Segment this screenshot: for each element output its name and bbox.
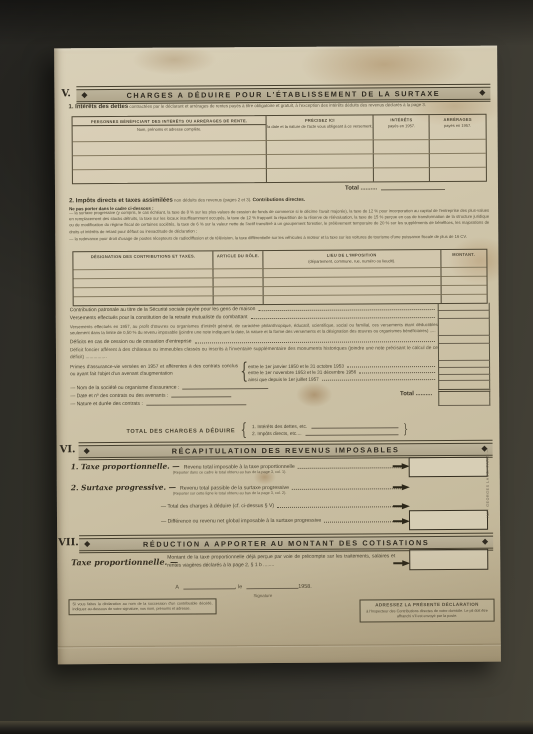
col-montant: MONTANT. — [441, 250, 487, 267]
interests-table: PERSONNES BÉNÉFICIANT DES INTÉRÊTS OU AR… — [72, 114, 487, 185]
amount-cell — [438, 303, 490, 312]
tax-form-page: V. ◆ CHARGES A DÉDUIRE POUR L'ÉTABLISSEM… — [54, 46, 501, 665]
date-write-line — [246, 588, 298, 589]
paper-crease — [58, 644, 501, 648]
col-lieu: LIEU DE L'IMPOSITION (département, commu… — [263, 250, 441, 268]
section-vii-numeral: VII. — [58, 537, 79, 548]
arrow-icon — [393, 463, 410, 469]
vi-row-3: — Total des charges à déduire (cf. ci-de… — [161, 502, 404, 509]
grand-total-label: TOTAL DES CHARGES A DÉDUIRE — [126, 428, 235, 435]
amount-cell — [438, 311, 490, 320]
section-vi-numeral: VI. — [60, 444, 76, 455]
diamond-icon: ◆ — [482, 538, 488, 546]
value-box-taxe-proportionnelle — [409, 457, 488, 477]
vii-row-label: Taxe proportionnelle. — — [71, 557, 178, 568]
col-beneficiaries-sub: Nom, prénoms et adresse complète. — [73, 124, 266, 133]
photo-background: V. ◆ CHARGES A DÉDUIRE POUR L'ÉTABLISSEM… — [0, 0, 533, 734]
dotted-leader — [277, 506, 401, 508]
taxes-text: non déduits des revenus (pages 2 et 3). — [174, 197, 251, 202]
brace-glyph: { — [240, 423, 247, 438]
diamond-icon: ◆ — [84, 447, 90, 455]
address-note-line1: à l'Inspecteur des Contributions directe… — [366, 608, 463, 613]
col-designation: DÉSIGNATION DES CONTRIBUTIONS ET TAXES. — [73, 251, 214, 269]
background-shadow — [0, 0, 533, 46]
diamond-icon: ◆ — [479, 89, 485, 97]
brace-glyph: { — [240, 363, 246, 383]
arrow-icon — [393, 503, 410, 509]
arrow-icon — [393, 484, 410, 490]
col-beneficiaries: PERSONNES BÉNÉFICIANT DES INTÉRÊTS OU AR… — [73, 116, 267, 141]
diamond-icon: ◆ — [81, 91, 87, 99]
interests-intro: 1. Intérêts des dettes contractées par l… — [68, 102, 488, 111]
arrow-icon — [393, 518, 410, 524]
amount-cell — [438, 381, 490, 390]
taxes-table: DÉSIGNATION DES CONTRIBUTIONS ET TAXES. … — [72, 249, 487, 307]
taxes-text2: Contributions directes. — [253, 198, 306, 203]
section-vii-title: RÉDUCTION A APPORTER AU MONTANT DES COTI… — [143, 538, 429, 549]
fine-print-2: — la redevance pour droit d'usage de pos… — [69, 234, 489, 243]
table-surface — [0, 721, 533, 734]
vi-row-2: 2. Surtaxe progressive. — Revenu total p… — [71, 481, 404, 496]
write-line — [311, 427, 398, 429]
vii-row-text: Montant de la taxe proportionnelle déjà … — [167, 553, 395, 569]
write-line — [146, 404, 246, 406]
dotted-leader — [324, 521, 401, 522]
list-total-label: Total .......... — [400, 391, 432, 397]
address-note-box: ADRESSEZ LA PRÉSENTE DÉCLARATION à l'Ins… — [359, 599, 494, 623]
brace-glyph: } — [403, 422, 408, 437]
section-v-title: CHARGES A DÉDUIRE POUR L'ÉTABLISSEMENT D… — [127, 89, 441, 100]
value-box-reduction — [409, 549, 488, 570]
fine-print: — la surtaxe progressive (y compris, le … — [69, 208, 489, 244]
interests-label: 1. Intérêts des dettes — [68, 104, 128, 110]
value-box-surtaxe — [409, 510, 488, 530]
grand-total-block: TOTAL DES CHARGES A DÉDUIRE { 1. Intérêt… — [126, 422, 409, 439]
write-line — [171, 396, 231, 397]
col-article: ARTICLE DU RÔLE. — [214, 251, 264, 268]
signature-label: Signature — [253, 593, 272, 598]
amount-cell — [438, 397, 490, 406]
col-precisez: PRÉCISEZ ICI la date et la nature de l'a… — [267, 115, 375, 140]
empty-cell — [73, 154, 267, 169]
taxes-label: 2. Impôts directs et taxes assimilées — [69, 198, 173, 205]
write-line — [306, 434, 399, 436]
arrow-icon — [393, 560, 410, 566]
total-write-line — [381, 189, 445, 190]
place-write-line — [183, 588, 235, 589]
diamond-icon: ◆ — [84, 540, 90, 548]
amount-cell — [438, 343, 490, 361]
succession-note-box: Si vous faites la déclaration au nom de … — [68, 598, 216, 615]
empty-cell — [73, 140, 267, 155]
section-vi-title: RÉCAPITULATION DES REVENUS IMPOSABLES — [172, 445, 400, 455]
col-interets: INTÉRÊTS payés en 1957. — [374, 115, 430, 139]
amount-total-cell — [438, 389, 490, 398]
amount-cell — [438, 335, 490, 344]
vi-row-1: 1. Taxe proportionnelle. — Revenu total … — [71, 460, 404, 475]
empty-cell — [73, 168, 267, 183]
amount-cell — [438, 319, 490, 336]
col-arrerages: ARRÉRAGES payés en 1957. — [430, 115, 486, 139]
list-item: — Nature et durée des contrats : — [70, 397, 490, 408]
vi-row-4: — Différence ou revenu net global imposa… — [161, 517, 404, 524]
fine-print-1: — la surtaxe progressive (y compris, le … — [69, 208, 489, 236]
interests-text: contractées par le déclarant et arrérage… — [129, 102, 426, 109]
signature-row: A , le 1958. — [175, 583, 430, 591]
deductions-list: Contribution patronale au titre de la Sé… — [70, 303, 491, 408]
section-v-numeral: V. — [61, 88, 71, 99]
life-insurance-block: Primes d'assurance-vie versées en 1957 e… — [70, 361, 490, 383]
write-line — [182, 388, 268, 390]
life-insurance-text: Primes d'assurance-vie versées en 1957 e… — [70, 363, 238, 384]
interests-total: Total .......... — [345, 185, 445, 192]
